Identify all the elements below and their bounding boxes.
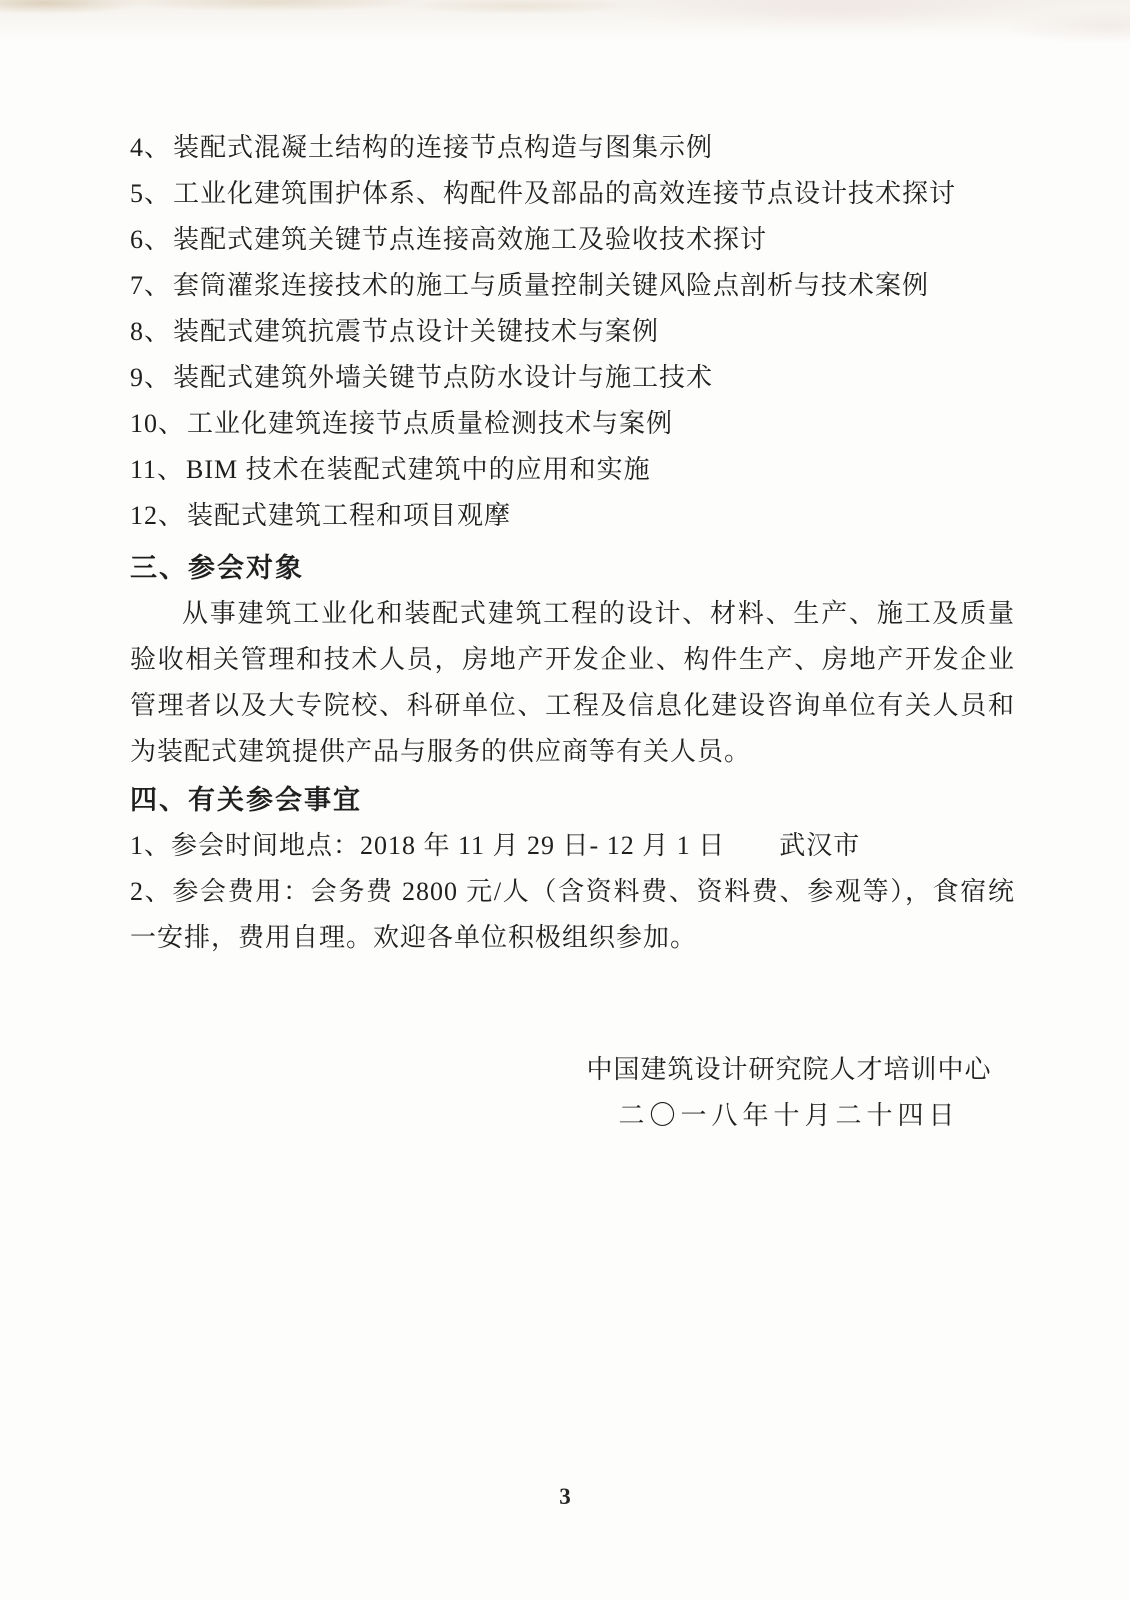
- topic-text: 套筒灌浆连接技术的施工与质量控制关键风险点剖析与技术案例: [173, 271, 929, 300]
- scan-smudge-artifact: [0, 0, 1130, 110]
- section-heading-logistics: 四、有关参会事宜: [130, 777, 1015, 823]
- topic-number: 9、: [130, 363, 173, 392]
- topic-text: 装配式混凝土结构的连接节点构造与图集示例: [173, 133, 713, 162]
- topic-text: 工业化建筑围护体系、构配件及部品的高效连接节点设计技术探讨: [173, 179, 956, 208]
- signature-block: 中国建筑设计研究院人才培训中心 二〇一八年十月二十四日: [563, 1047, 1015, 1139]
- topic-item: 9、装配式建筑外墙关键节点防水设计与施工技术: [130, 355, 1015, 401]
- topic-text: 装配式建筑外墙关键节点防水设计与施工技术: [173, 363, 713, 392]
- topic-number: 7、: [130, 271, 173, 300]
- topic-number: 11、: [130, 455, 186, 484]
- topic-number: 5、: [130, 179, 173, 208]
- topic-item: 6、装配式建筑关键节点连接高效施工及验收技术探讨: [130, 217, 1015, 263]
- topic-number: 12、: [130, 501, 187, 530]
- page-content: 4、装配式混凝土结构的连接节点构造与图集示例 5、工业化建筑围护体系、构配件及部…: [130, 125, 1015, 1139]
- signature-organization: 中国建筑设计研究院人才培训中心: [563, 1047, 1015, 1093]
- logistics-item-datetime: 1、参会时间地点：2018 年 11 月 29 日- 12 月 1 日 武汉市: [130, 823, 1015, 869]
- page-number: 3: [0, 1484, 1130, 1510]
- topic-item: 10、工业化建筑连接节点质量检测技术与案例: [130, 401, 1015, 447]
- section-heading-attendees: 三、参会对象: [130, 545, 1015, 591]
- topic-text: 装配式建筑关键节点连接高效施工及验收技术探讨: [173, 225, 767, 254]
- attendees-paragraph: 从事建筑工业化和装配式建筑工程的设计、材料、生产、施工及质量验收相关管理和技术人…: [130, 591, 1015, 775]
- topic-item: 12、装配式建筑工程和项目观摩: [130, 493, 1015, 539]
- logistics-item-fee: 2、参会费用：会务费 2800 元/人（含资料费、资料费、参观等），食宿统一安排…: [130, 869, 1015, 961]
- topic-number: 10、: [130, 409, 187, 438]
- document-page: 4、装配式混凝土结构的连接节点构造与图集示例 5、工业化建筑围护体系、构配件及部…: [0, 0, 1130, 1600]
- topic-text: 工业化建筑连接节点质量检测技术与案例: [187, 409, 673, 438]
- signature-date: 二〇一八年十月二十四日: [563, 1093, 1015, 1139]
- topic-text: BIM 技术在装配式建筑中的应用和实施: [186, 455, 651, 484]
- topic-item: 7、套筒灌浆连接技术的施工与质量控制关键风险点剖析与技术案例: [130, 263, 1015, 309]
- topic-text: 装配式建筑工程和项目观摩: [187, 501, 511, 530]
- topic-number: 4、: [130, 133, 173, 162]
- topic-item: 4、装配式混凝土结构的连接节点构造与图集示例: [130, 125, 1015, 171]
- topic-item: 11、BIM 技术在装配式建筑中的应用和实施: [130, 447, 1015, 493]
- topic-text: 装配式建筑抗震节点设计关键技术与案例: [173, 317, 659, 346]
- topic-item: 8、装配式建筑抗震节点设计关键技术与案例: [130, 309, 1015, 355]
- topic-number: 6、: [130, 225, 173, 254]
- topic-number: 8、: [130, 317, 173, 346]
- topic-item: 5、工业化建筑围护体系、构配件及部品的高效连接节点设计技术探讨: [130, 171, 1015, 217]
